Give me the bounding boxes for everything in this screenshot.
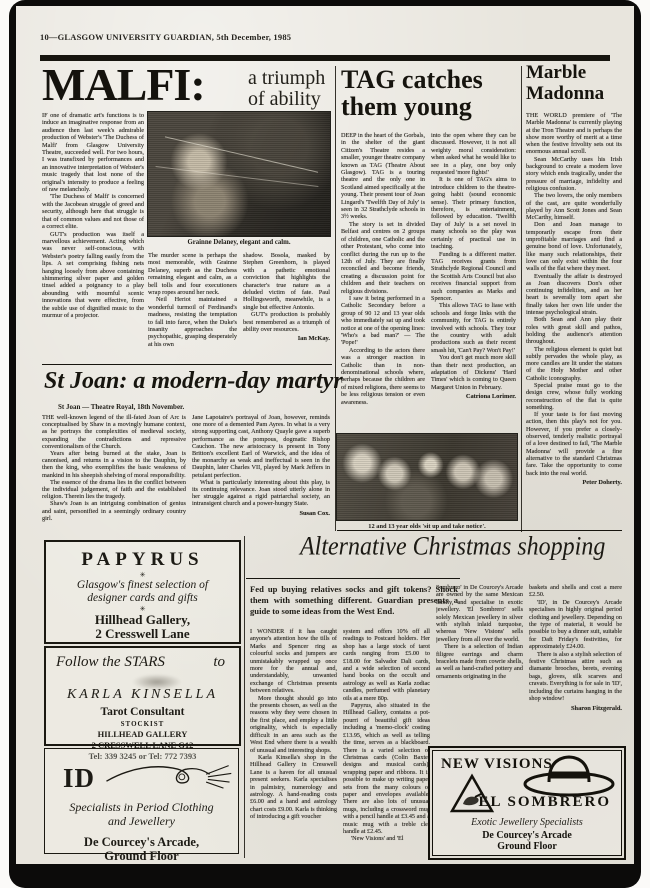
paragraph: THE well-known legend of the ill-fated J… bbox=[42, 414, 186, 450]
column-rule-1 bbox=[335, 66, 336, 531]
masthead: 10—GLASGOW UNIVERSITY GUARDIAN, 5th Dece… bbox=[40, 32, 291, 42]
paragraph: I WONDER if it has caught anyone's atten… bbox=[250, 628, 337, 695]
ad-inner-border: NEW VISIONS EL SOMBRERO Ex bbox=[432, 750, 622, 856]
karla-stockist: STOCKIST bbox=[46, 720, 239, 728]
new-visions-sombrero-ad: NEW VISIONS EL SOMBRERO Ex bbox=[428, 746, 626, 860]
tag-column-2-text: into the open where they can be discusse… bbox=[431, 132, 516, 391]
malfi-byline: Ian McKay. bbox=[243, 335, 330, 342]
karla-kinsella-ad: Follow the STARS to KARLA KINSELLA Tarot… bbox=[44, 646, 241, 746]
sombrero-venue-line2: Ground Floor bbox=[433, 841, 621, 852]
id-tagline-line1: Specialists in Period Clothing bbox=[45, 800, 238, 814]
paragraph: Papyrus, also situated in the Hillhead G… bbox=[343, 702, 430, 835]
flourish-icon bbox=[103, 759, 233, 798]
id-venue-line1: De Courcey's Arcade, bbox=[45, 835, 238, 849]
stjoan-byline: Susan Cox. bbox=[192, 510, 330, 517]
xmas-column-4-text: baskets and shells and cost a mere £2.50… bbox=[529, 584, 622, 703]
xmas-column-2: system and offers 10% off all readings t… bbox=[343, 628, 430, 856]
malfi-column-2: The murder scene is perhaps the most mem… bbox=[148, 252, 237, 366]
paragraph: system and offers 10% off all readings t… bbox=[343, 628, 430, 702]
xmas-column-4: baskets and shells and cost a mere £2.50… bbox=[529, 584, 622, 742]
paragraph: THE WORLD premiere of 'The Marble Madonn… bbox=[526, 112, 622, 156]
paragraph: The murder scene is perhaps the most mem… bbox=[148, 252, 237, 296]
column-rule-3 bbox=[244, 536, 245, 858]
stjoan-column-2-text: Jane Lapotaire's portrayal of Joan, howe… bbox=[192, 414, 330, 508]
paragraph: Jane Lapotaire's portrayal of Joan, howe… bbox=[192, 414, 330, 479]
paragraph: Sean McCarthy uses his Irish background … bbox=[526, 156, 622, 192]
sombrero-tagline: Exotic Jewellery Specialists bbox=[433, 817, 621, 828]
id-title: ID bbox=[63, 763, 95, 794]
karla-venue: HILLHEAD GALLERY bbox=[46, 729, 239, 739]
karla-follow-text: Follow the STARS bbox=[56, 654, 165, 671]
paragraph: IF one of dramatic art's functions is to… bbox=[42, 112, 144, 193]
id-title-row: ID bbox=[45, 749, 238, 798]
marble-column: THE WORLD premiere of 'The Marble Madonn… bbox=[526, 112, 622, 524]
marble-text: THE WORLD premiere of 'The Marble Madonn… bbox=[526, 112, 622, 477]
el-sombrero-title: EL SOMBRERO bbox=[479, 794, 611, 811]
paragraph: shadow. Bosola, masked by Stephen Greenh… bbox=[243, 252, 330, 311]
paragraph: 'The Duchess of Malfi' is concerned with… bbox=[42, 193, 144, 230]
karla-role: Tarot Consultant bbox=[46, 706, 239, 718]
sombrero-venue: De Courcey's Arcade Ground Floor bbox=[433, 830, 621, 852]
paragraph: The religious element is quiet but subtl… bbox=[526, 346, 622, 382]
xmas-headline: Alternative Christmas shopping bbox=[300, 532, 605, 562]
tag-column-1: DEEP in the heart of the Gorbals, in the… bbox=[341, 132, 425, 430]
tag-column-2: into the open where they can be discusse… bbox=[431, 132, 516, 430]
malfi-column-1: IF one of dramatic art's functions is to… bbox=[42, 112, 144, 366]
xmas-byline: Sharon Fitzgerald. bbox=[529, 705, 622, 712]
tag-headline-line1: TAG catches bbox=[341, 66, 483, 93]
paragraph: Don and Joan manage to temporarily escap… bbox=[526, 221, 622, 272]
marble-byline: Peter Doherty. bbox=[526, 479, 622, 486]
paragraph: More thought should go into the presents… bbox=[250, 695, 337, 754]
newspaper-scan: 10—GLASGOW UNIVERSITY GUARDIAN, 5th Dece… bbox=[0, 0, 650, 888]
papyrus-venue-line1: Hillhead Gallery, bbox=[46, 613, 239, 627]
papyrus-venue-line2: 2 Cresswell Lane bbox=[46, 627, 239, 641]
paragraph: Eventually the affair is destroyed as Jo… bbox=[526, 273, 622, 317]
star-smudge-graphic bbox=[132, 674, 182, 690]
paragraph: 'New Visions' and 'El bbox=[343, 835, 430, 842]
paragraph: Sombrero' in De Courcey's Arcade are own… bbox=[436, 584, 523, 643]
stjoan-column-1: THE well-known legend of the ill-fated J… bbox=[42, 414, 186, 530]
column-rule-2 bbox=[521, 66, 522, 532]
paragraph: Special praise must go to the design cre… bbox=[526, 382, 622, 411]
xmas-intro-rule bbox=[246, 578, 460, 579]
paragraph: GUT's production is probably best rememb… bbox=[243, 311, 330, 333]
paragraph: The story is set in divided Belfast and … bbox=[341, 221, 425, 295]
karla-to-text: to bbox=[213, 654, 225, 671]
malfi-subhead-line2: of ability bbox=[248, 89, 325, 110]
xmas-column-1: I WONDER if it has caught anyone's atten… bbox=[250, 628, 337, 856]
id-tagline-line2: and Jewellery bbox=[45, 814, 238, 828]
marble-headline: Marble Madonna bbox=[526, 62, 604, 104]
paragraph: Years after being burned at the stake, J… bbox=[42, 450, 186, 479]
paragraph: If your taste is for fast moving action,… bbox=[526, 411, 622, 477]
tag-byline: Catriona Lorimer. bbox=[431, 393, 516, 400]
malfi-photo-caption: Grainne Delaney, elegant and calm. bbox=[148, 239, 330, 246]
malfi-column-3-text: shadow. Bosola, masked by Stephen Greenh… bbox=[243, 252, 330, 333]
marble-headline-line2: Madonna bbox=[526, 83, 604, 104]
paragraph: The essence of the drama lies in the con… bbox=[42, 479, 186, 501]
paragraph: Shaw's Joan is an intriguing combination… bbox=[42, 500, 186, 522]
papyrus-tagline-line2: designer cards and gifts bbox=[46, 592, 239, 605]
papyrus-title: PAPYRUS bbox=[46, 549, 239, 571]
xmas-intro: Fed up buying relatives socks and gift t… bbox=[250, 584, 458, 617]
paragraph: Both Sean and Ann play their roles with … bbox=[526, 316, 622, 345]
xmas-top-rule bbox=[337, 530, 622, 531]
paragraph: Neil Heriot maintained a wonderful turmo… bbox=[148, 296, 237, 348]
tag-headline-line2: them young bbox=[341, 93, 483, 120]
id-shop-ad: ID Specialists in Period Clothing and Je… bbox=[44, 748, 239, 854]
paragraph: This allows TAG to liase with schools an… bbox=[431, 302, 516, 354]
malfi-headline: MALFI: bbox=[42, 62, 205, 108]
marble-headline-line1: Marble bbox=[526, 62, 604, 83]
paragraph: It is one of TAG's aims to introduce chi… bbox=[431, 176, 516, 250]
paragraph: What is particularly interesting about t… bbox=[192, 479, 330, 508]
paragraph: You don't get much more skill than their… bbox=[431, 354, 516, 391]
newspaper-sheet: 10—GLASGOW UNIVERSITY GUARDIAN, 5th Dece… bbox=[16, 6, 634, 864]
papyrus-ad: PAPYRUS ✳ Glasgow's finest selection of … bbox=[44, 540, 241, 644]
papyrus-tagline-line1: Glasgow's finest selection of bbox=[46, 579, 239, 592]
tag-photo bbox=[337, 434, 517, 520]
paragraph: The two lovers, the only members of the … bbox=[526, 192, 622, 221]
tag-headline: TAG catches them young bbox=[341, 66, 483, 120]
paragraph: There is a selection of Indian filigree … bbox=[436, 643, 523, 680]
stjoan-headline: St Joan: a modern-day martyr bbox=[44, 368, 343, 395]
id-venue-line2: Ground Floor bbox=[45, 849, 238, 863]
paragraph: baskets and shells and cost a mere £2.50… bbox=[529, 584, 622, 599]
malfi-photo bbox=[148, 112, 330, 236]
malfi-subhead: a triumph of ability bbox=[248, 68, 325, 110]
stjoan-top-rule bbox=[42, 364, 332, 365]
paragraph: Karla Kinsella's shop in the Hillhead Ga… bbox=[250, 754, 337, 821]
photo-grain bbox=[337, 434, 517, 520]
paragraph: GUT's production was itself a marvellous… bbox=[42, 231, 144, 320]
malfi-column-3: shadow. Bosola, masked by Stephen Greenh… bbox=[243, 252, 330, 366]
karla-follow-row: Follow the STARS to bbox=[46, 648, 239, 671]
paragraph: DEEP in the heart of the Gorbals, in the… bbox=[341, 132, 425, 221]
paragraph: According to the actors there was a stro… bbox=[341, 347, 425, 406]
paragraph: Funding is a different matter. TAG recei… bbox=[431, 251, 516, 303]
tag-photo-caption: 12 and 13 year olds 'sit up and take not… bbox=[337, 523, 517, 530]
paragraph: There is also a stylish selection of fes… bbox=[529, 651, 622, 703]
malfi-subhead-line1: a triumph bbox=[248, 68, 325, 89]
paragraph: 'ID', in De Courcey's Arcade specialises… bbox=[529, 599, 622, 651]
sombrero-venue-line1: De Courcey's Arcade bbox=[433, 830, 621, 841]
stjoan-column-2: Jane Lapotaire's portrayal of Joan, howe… bbox=[192, 414, 330, 530]
xmas-column-3: Sombrero' in De Courcey's Arcade are own… bbox=[436, 584, 523, 742]
paragraph: into the open where they can be discusse… bbox=[431, 132, 516, 176]
asterisk-icon: ✳ bbox=[46, 571, 239, 579]
photo-grain bbox=[148, 112, 330, 236]
stjoan-dateline: St Joan — Theatre Royal, 18th November. bbox=[58, 403, 184, 411]
paragraph: I saw it being performed in a Catholic S… bbox=[341, 295, 425, 347]
